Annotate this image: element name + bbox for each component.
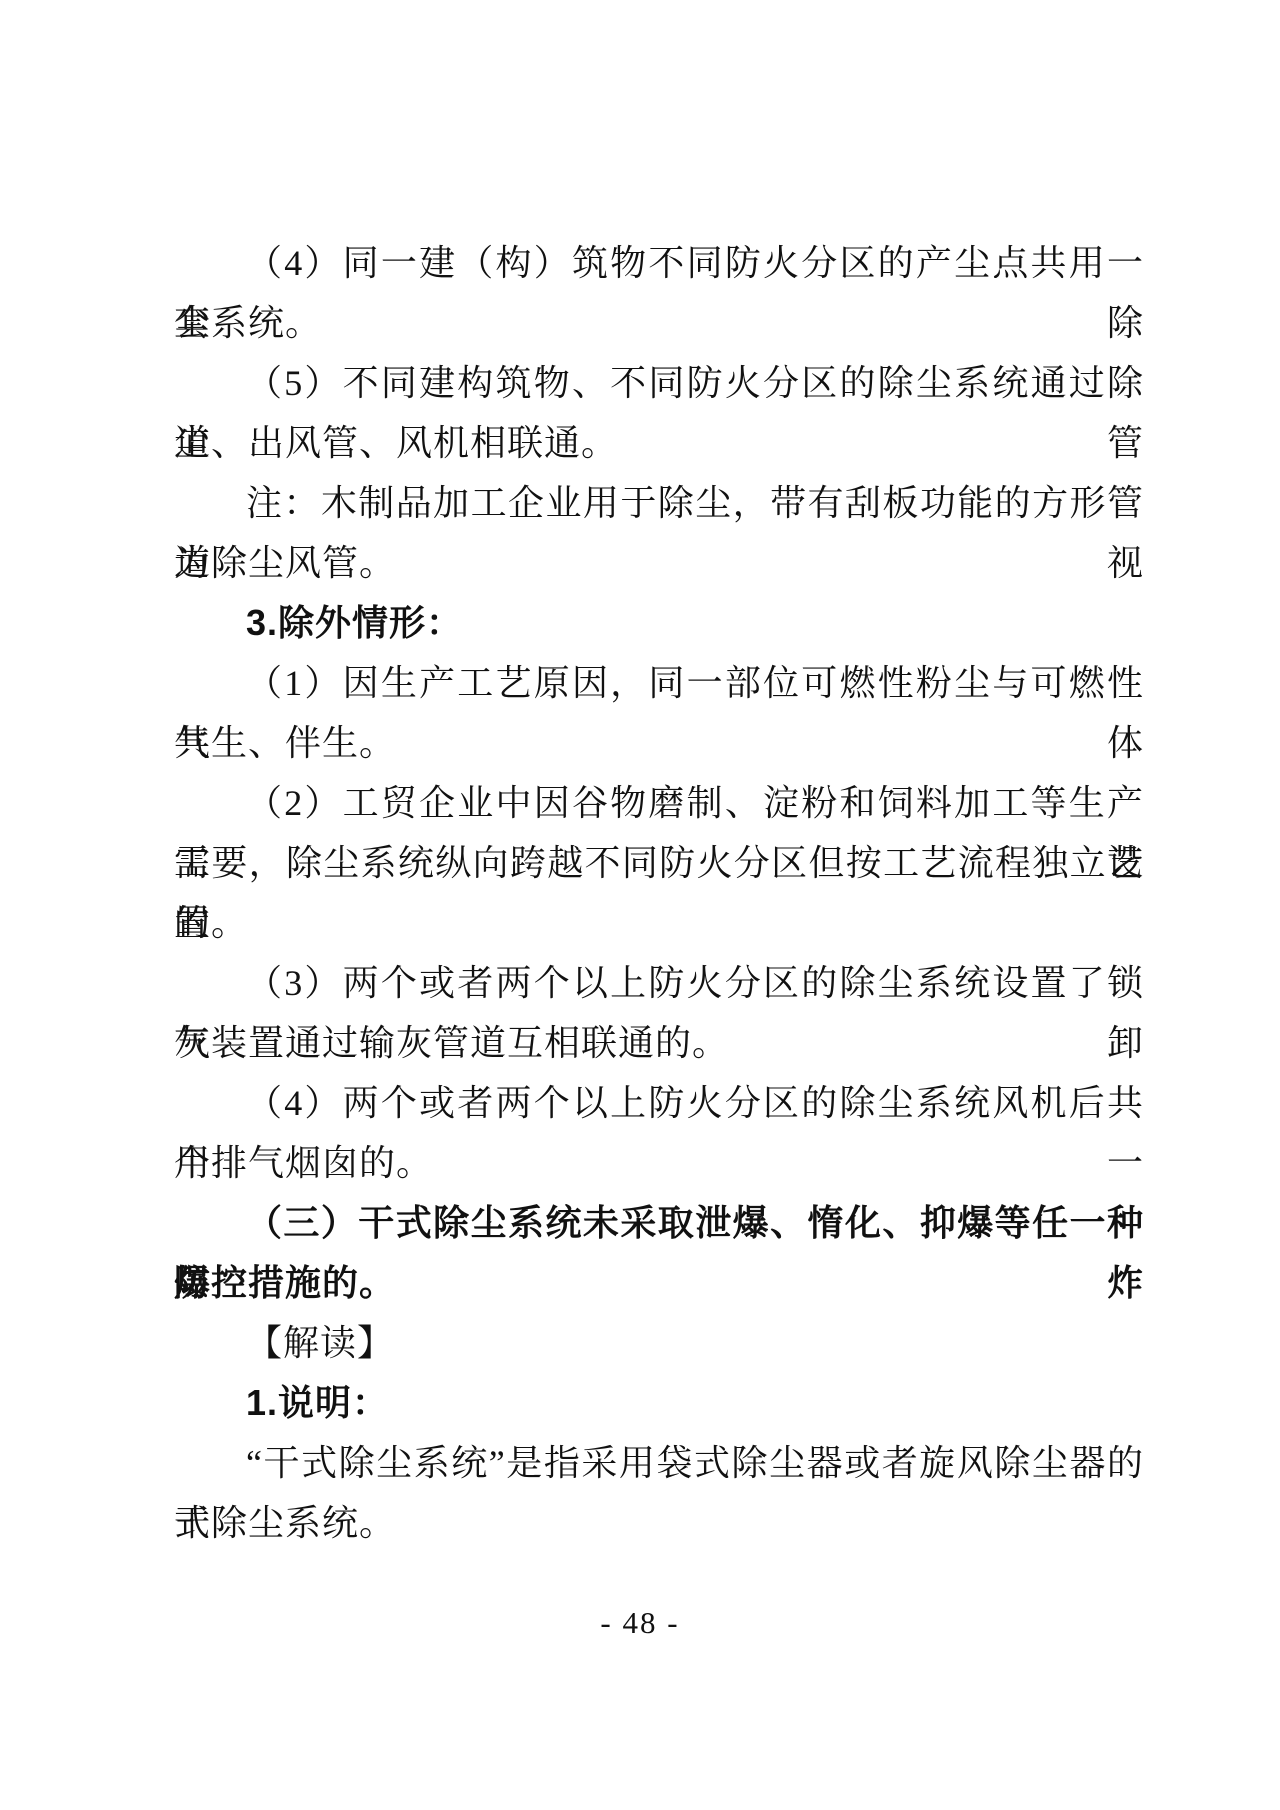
text-line-item-paren-5-0: （5）不同建构筑物、不同防火分区的除尘系统通过除尘管	[174, 353, 1144, 413]
document-body: （4）同一建（构）筑物不同防火分区的产尘点共用一套除尘系统。（5）不同建构筑物、…	[174, 233, 1144, 1553]
text-line-exception-4-0: （4）两个或者两个以上防火分区的除尘系统风机后共用一	[174, 1073, 1144, 1133]
text-line-exception-2-0: （2）工贸企业中因谷物磨制、淀粉和饲料加工等生产工艺	[174, 773, 1144, 833]
text-line-exception-3-0: （3）两个或者两个以上防火分区的除尘系统设置了锁气卸	[174, 953, 1144, 1013]
text-line-heading-1-explanation-0: 1.说明：	[174, 1373, 1144, 1433]
text-line-item-paren-4-0: （4）同一建（构）筑物不同防火分区的产尘点共用一套除	[174, 233, 1144, 293]
text-line-heading-section-three-0: （三）干式除尘系统未采取泄爆、惰化、抑爆等任一种爆炸	[174, 1193, 1144, 1253]
text-line-explanation-body-1: 式除尘系统。	[174, 1493, 1144, 1553]
text-line-note-0: 注：木制品加工企业用于除尘，带有刮板功能的方形管道视	[174, 473, 1144, 533]
text-line-exception-2-2: 的。	[174, 893, 1144, 953]
text-line-heading-3-exceptions-0: 3.除外情形：	[174, 593, 1144, 653]
text-line-explanation-body-0: “干式除尘系统”是指采用袋式除尘器或者旋风除尘器的干	[174, 1433, 1144, 1493]
page-number: - 48 -	[0, 1603, 1280, 1643]
document-page: （4）同一建（构）筑物不同防火分区的产尘点共用一套除尘系统。（5）不同建构筑物、…	[0, 0, 1280, 1810]
text-line-exception-1-0: （1）因生产工艺原因，同一部位可燃性粉尘与可燃性气体	[174, 653, 1144, 713]
text-line-interpretation-label-0: 【解读】	[174, 1313, 1144, 1373]
text-line-exception-2-1: 需要，除尘系统纵向跨越不同防火分区但按工艺流程独立设置	[174, 833, 1144, 893]
